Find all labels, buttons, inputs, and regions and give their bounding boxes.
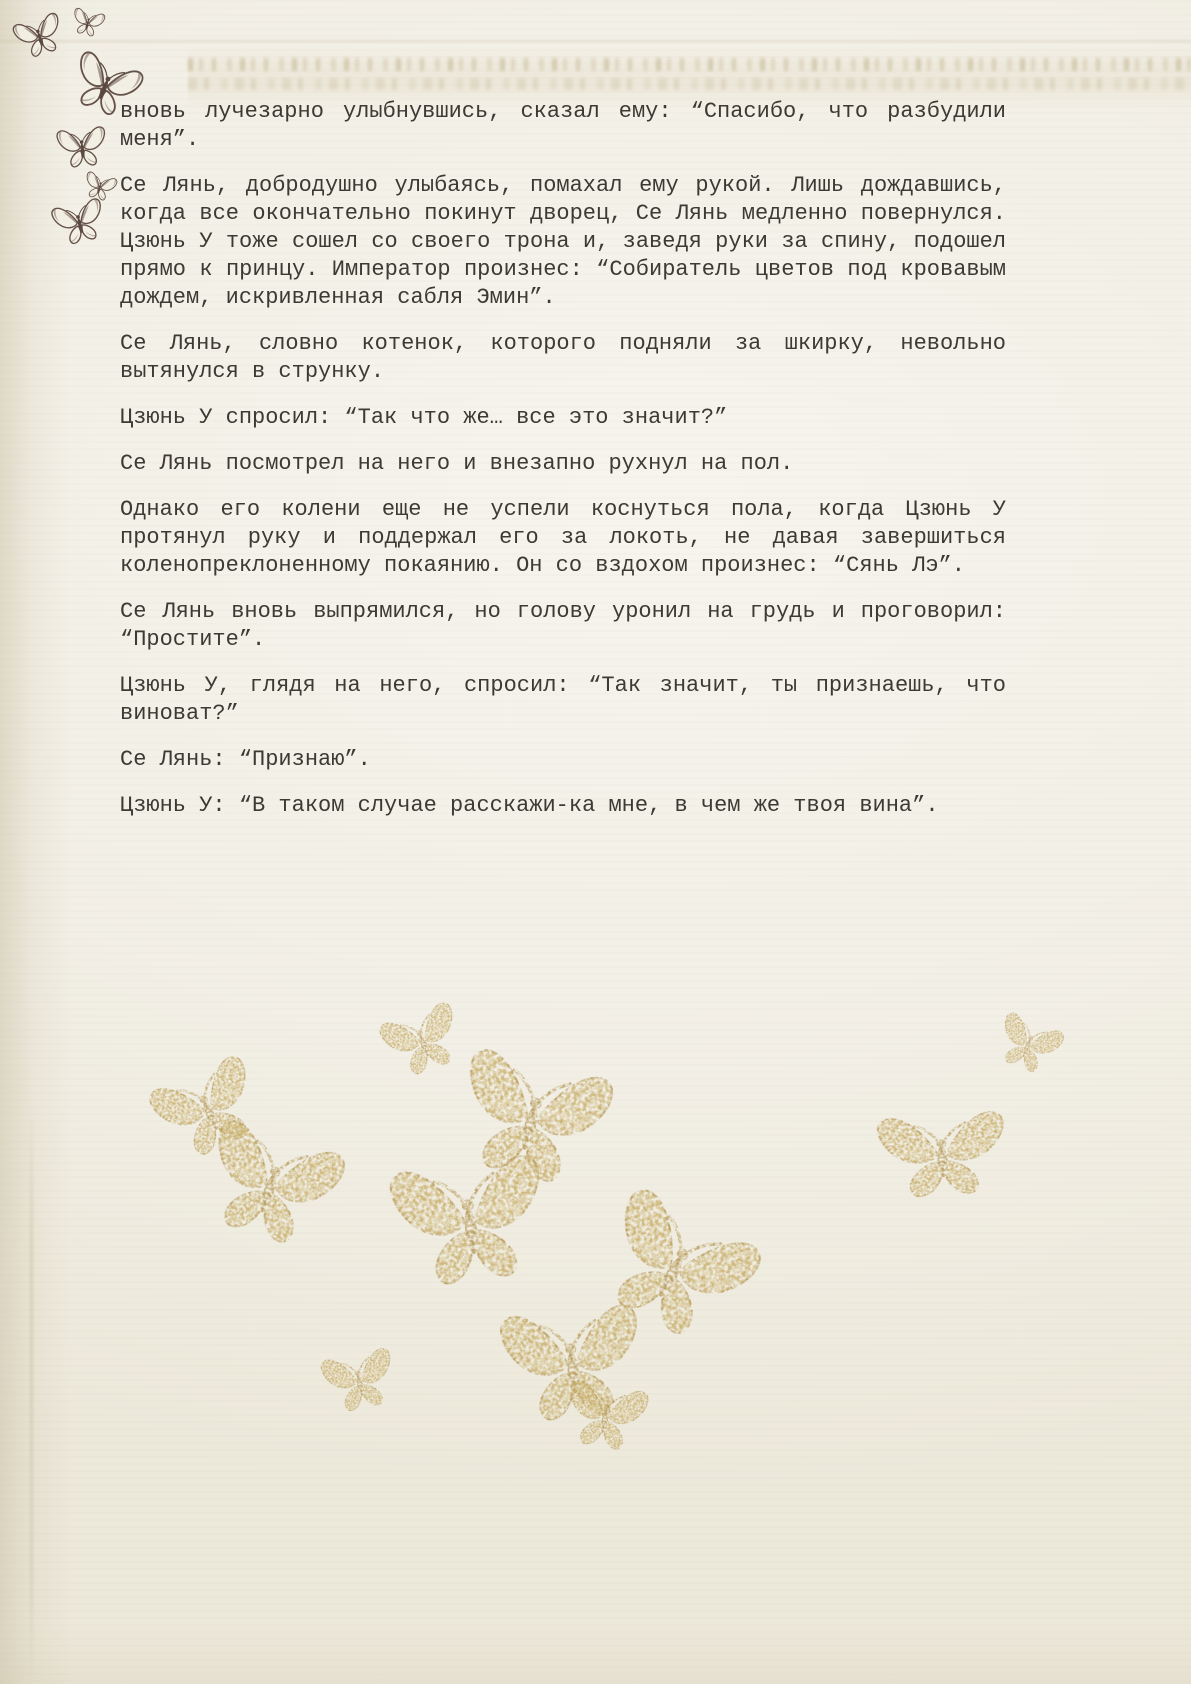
paragraph: Се Лянь, добродушно улыбаясь, помахал ем… [120,172,1006,312]
paragraph: Цзюнь У, глядя на него, спросил: “Так зн… [120,672,1006,728]
paragraph: Однако его колени еще не успели коснутьс… [120,496,1006,580]
page-text: вновь лучезарно улыбнувшись, сказал ему:… [120,98,1006,838]
paper-crease [30,1110,33,1684]
paragraph: вновь лучезарно улыбнувшись, сказал ему:… [120,98,1006,154]
faded-rule [0,40,1191,42]
butterfly-icon [980,991,1077,1094]
paragraph: Цзюнь У спросил: “Так что же… все это зн… [120,404,1006,432]
aged-bottom-edge [0,1624,1191,1684]
faded-ink-band [188,54,1191,104]
paragraph: Се Лянь посмотрел на него и внезапно рух… [120,450,1006,478]
butterfly-icon [864,1087,1020,1217]
paragraph: Се Лянь вновь выпрямился, но голову урон… [120,598,1006,654]
paragraph: Се Лянь: “Признаю”. [120,746,1006,774]
paragraph: Се Лянь, словно котенок, которого поднял… [120,330,1006,386]
butterfly-icon [310,1330,407,1427]
paragraph: Цзюнь У: “В таком случае расскажи-ка мне… [120,792,1006,820]
butterfly-icon [553,1361,660,1468]
book-page: вновь лучезарно улыбнувшись, сказал ему:… [0,0,1191,1684]
